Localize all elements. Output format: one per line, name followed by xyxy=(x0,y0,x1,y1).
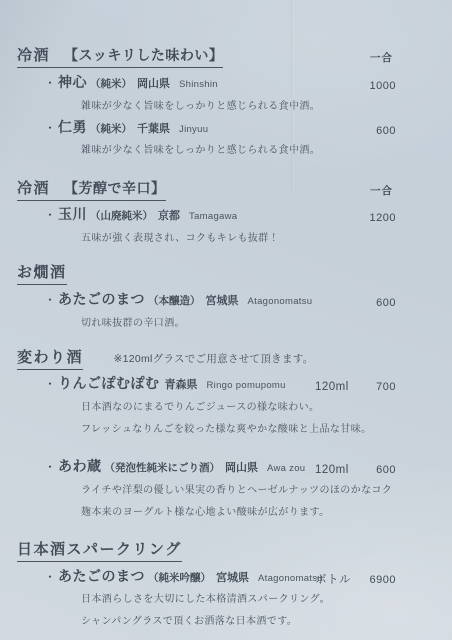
item-name: あわ蔵 xyxy=(58,458,102,474)
item-origin: 千葉県 xyxy=(137,123,170,135)
item-price: 600 xyxy=(376,293,396,313)
item-name: あたごのまつ xyxy=(58,291,145,307)
section-style-label: 【芳醇で辛口】 xyxy=(64,180,166,196)
bullet-icon: ・ xyxy=(44,377,56,391)
section-title: 冷酒 xyxy=(17,47,50,64)
item-price: 700 xyxy=(376,377,396,397)
item-romaji: Awa zou xyxy=(267,463,305,474)
item-romaji: Ringo pomupomu xyxy=(207,380,286,391)
item-description: 切れ味抜群の辛口酒。 xyxy=(0,316,452,332)
item-description: シャンパングラスで頂くお洒落な日本酒です。 xyxy=(0,614,452,630)
section-title: 日本酒スパークリング xyxy=(17,541,182,558)
section-title: お燗酒 xyxy=(17,264,67,281)
section-title: 変わり酒 xyxy=(17,349,83,366)
item-origin: 宮城県 xyxy=(206,295,239,307)
item-price: 600 xyxy=(376,121,396,141)
section-underline: お燗酒 xyxy=(17,264,67,285)
item-origin: 青森県 xyxy=(165,379,198,391)
item-price: 600 xyxy=(376,460,396,480)
serving-unit-label: 一合 xyxy=(370,182,393,200)
item-description: 雑味が少なく旨味をしっかりと感じられる食中酒。 xyxy=(0,99,452,115)
item-description: 日本酒なのにまるでりんごジュースの様な味わい。 xyxy=(0,400,452,416)
item-name: りんごぽむぽむ xyxy=(58,375,160,391)
menu-item-jinyuu: ・仁勇（純米）千葉県Jinyuu 600 xyxy=(0,117,452,140)
serving-unit-label: 一合 xyxy=(370,49,393,67)
item-origin: 京都 xyxy=(158,210,180,222)
section-underline: 変わり酒 xyxy=(17,349,83,370)
bullet-icon: ・ xyxy=(44,460,56,474)
item-grade: （山廃純米） xyxy=(90,210,153,222)
item-grade: （純米吟醸） xyxy=(148,572,211,584)
item-description: 日本酒らしさを大切にした本格清酒スパークリング。 xyxy=(0,592,452,608)
item-description: ライチや洋梨の優しい果実の香りとヘーゼルナッツのほのかなコク xyxy=(0,483,452,499)
section-note: ※120mlグラスでご用意させて頂きます。 xyxy=(113,353,313,365)
item-description: 雑味が少なく旨味をしっかりと感じられる食中酒。 xyxy=(0,143,452,159)
menu-paper: 冷酒【スッキリした味わい】 一合 ・神心（純米）岡山県Shinshin 1000… xyxy=(0,0,452,640)
item-grade: （本醸造） xyxy=(148,295,201,307)
section-header-cold-crisp: 冷酒【スッキリした味わい】 一合 xyxy=(0,46,452,68)
item-price: 1200 xyxy=(370,208,396,228)
item-serving-size: 120ml xyxy=(315,377,349,397)
menu-item-ringo-pomupomu: ・りんごぽむぽむ青森県Ringo pomupomu 120ml 700 xyxy=(0,373,452,396)
item-name: 仁勇 xyxy=(58,119,87,135)
section-header-sparkling-sake: 日本酒スパークリング xyxy=(0,541,452,562)
item-grade: （発泡性純米にごり酒） xyxy=(105,462,221,474)
item-origin: 岡山県 xyxy=(225,462,258,474)
menu-item-atagonomatsu-warm: ・あたごのまつ（本醸造）宮城県Atagonomatsu 600 xyxy=(0,289,452,312)
section-header-warm-sake: お燗酒 xyxy=(0,264,452,285)
item-grade: （純米） xyxy=(90,123,132,135)
item-serving-size: ボトル xyxy=(315,570,351,590)
item-description: フレッシュなりんごを絞った様な爽やかな酸味と上品な甘味。 xyxy=(0,422,452,438)
section-underline: 冷酒【スッキリした味わい】 xyxy=(17,46,223,68)
menu-item-shinshin: ・神心（純米）岡山県Shinshin 1000 xyxy=(0,72,452,95)
bullet-icon: ・ xyxy=(44,293,56,307)
item-origin: 宮城県 xyxy=(216,572,249,584)
section-title: 冷酒 xyxy=(17,180,50,197)
item-romaji: Atagonomatsu xyxy=(248,296,313,307)
item-description: 麹本来のヨーグルト様な心地よい酸味が広がります。 xyxy=(0,505,452,521)
section-underline: 冷酒【芳醇で辛口】 xyxy=(17,179,166,201)
section-header-cold-dry: 冷酒【芳醇で辛口】 一合 xyxy=(0,179,452,201)
item-description: 五味が強く表現され、コクもキレも抜群！ xyxy=(0,231,452,247)
bullet-icon: ・ xyxy=(44,76,56,90)
menu-item-tamagawa: ・玉川（山廃純米）京都Tamagawa 1200 xyxy=(0,204,452,227)
item-serving-size: 120ml xyxy=(315,460,349,480)
item-name: あたごのまつ xyxy=(58,568,145,584)
item-price: 6900 xyxy=(370,570,396,590)
item-romaji: Jinyuu xyxy=(179,124,208,135)
item-grade: （純米） xyxy=(90,78,132,90)
item-origin: 岡山県 xyxy=(137,78,170,90)
item-romaji: Tamagawa xyxy=(189,211,237,222)
bullet-icon: ・ xyxy=(44,208,56,222)
section-underline: 日本酒スパークリング xyxy=(17,541,182,562)
bullet-icon: ・ xyxy=(44,121,56,135)
item-romaji: Shinshin xyxy=(179,79,218,90)
menu-item-atagonomatsu-sparkling: ・あたごのまつ（純米吟醸）宮城県Atagonomatsu ボトル 6900 xyxy=(0,566,452,589)
section-style-label: 【スッキリした味わい】 xyxy=(64,47,223,63)
item-name: 神心 xyxy=(58,74,87,90)
bullet-icon: ・ xyxy=(44,570,56,584)
section-header-specialty-sake: 変わり酒 ※120mlグラスでご用意させて頂きます。 xyxy=(0,349,452,370)
item-price: 1000 xyxy=(370,76,396,96)
item-romaji: Atagonomatsu xyxy=(258,573,323,584)
item-name: 玉川 xyxy=(58,206,87,222)
menu-item-awa-zou: ・あわ蔵（発泡性純米にごり酒）岡山県Awa zou 120ml 600 xyxy=(0,456,452,479)
